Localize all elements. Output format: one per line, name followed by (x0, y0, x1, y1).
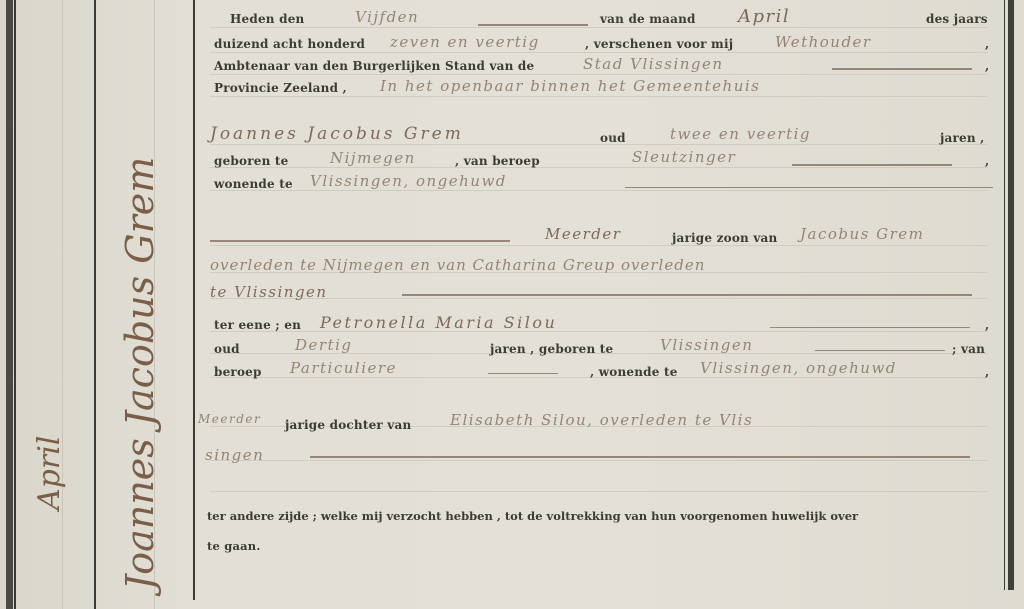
print-comma: , (985, 37, 989, 51)
print-comma: , (985, 318, 989, 332)
hand-bride-occupation: Particuliere (290, 359, 397, 377)
print-verschenen: , verschenen voor mij (585, 37, 733, 51)
right-border (1008, 0, 1014, 590)
print-duizend: duizend acht honderd (214, 37, 365, 51)
margin-divider-2 (193, 0, 195, 600)
hand-bride-status: Meerder (198, 412, 261, 426)
margin-date-note: April (32, 436, 67, 510)
hand-day: Vijfden (355, 8, 419, 26)
print-oud: oud (214, 342, 240, 356)
hand-bride-name: Petronella Maria Silou (320, 313, 557, 332)
hand-bride-birthplace: Vlissingen (660, 336, 753, 354)
right-border-inner (1004, 0, 1005, 590)
hand-bride-mother: Elisabeth Silou, overleden te Vlis (450, 411, 753, 429)
print-wonende-te: wonende te (214, 177, 293, 191)
print-des-jaars: des jaars (926, 12, 988, 26)
print-van-beroep: , van beroep (455, 154, 540, 168)
print-jaren: jaren , (940, 131, 985, 145)
print-comma: , (985, 154, 989, 168)
print-heden-den: Heden den (230, 12, 304, 26)
print-provincie: Provincie Zeeland , (214, 81, 347, 95)
hand-bride-age: Dertig (295, 336, 353, 354)
print-closing-line1: ter andere zijde ; welke mij verzocht he… (207, 509, 858, 523)
print-jarige-zoon-van: jarige zoon van (672, 231, 777, 245)
hand-bride-parents-line2: singen (205, 446, 264, 464)
document-page: April Joannes Jacobus Grem Heden den Vij… (0, 0, 1024, 609)
print-oud: oud (600, 131, 626, 145)
print-beroep: beroep (214, 365, 262, 379)
print-van: ; van (952, 342, 985, 356)
hand-city: Stad Vlissingen (583, 55, 724, 73)
hand-groom-status: Meerder (545, 225, 621, 243)
hand-official: Wethouder (775, 33, 872, 51)
hand-groom-parents-line3: te Vlissingen (210, 283, 328, 301)
print-ambtenaar: Ambtenaar van den Burgerlijken Stand van… (214, 59, 534, 73)
hand-location: In het openbaar binnen het Gemeentehuis (380, 77, 760, 95)
hand-groom-residence: Vlissingen, ongehuwd (310, 172, 507, 190)
print-closing-line2: te gaan. (207, 539, 261, 553)
left-border (6, 0, 13, 609)
margin-guide (62, 0, 63, 609)
hand-year: zeven en veertig (390, 33, 540, 51)
print-geboren-te: geboren te (214, 154, 288, 168)
hand-groom-father: Jacobus Grem (800, 225, 924, 243)
print-ter-eene: ter eene ; en (214, 318, 301, 332)
print-wonende-te: , wonende te (590, 365, 678, 379)
hand-groom-occupation: Sleutzinger (632, 148, 736, 166)
left-border-inner (14, 0, 16, 609)
hand-bride-residence: Vlissingen, ongehuwd (700, 359, 897, 377)
print-comma: , (985, 365, 989, 379)
hand-month: April (738, 6, 790, 27)
hand-groom-parents-line2: overleden te Nijmegen en van Catharina G… (210, 256, 705, 274)
print-jarige-dochter-van: jarige dochter van (285, 418, 411, 432)
print-van-de-maand: van de maand (600, 12, 696, 26)
hand-groom-age: twee en veertig (670, 125, 811, 143)
hand-groom-name: Joannes Jacobus Grem (210, 124, 464, 144)
print-comma: , (985, 59, 989, 73)
hand-groom-birthplace: Nijmegen (330, 149, 416, 167)
margin-divider-1 (94, 0, 96, 609)
margin-name-note: Joannes Jacobus Grem (118, 157, 162, 590)
print-jaren-geboren-te: jaren , geboren te (490, 342, 613, 356)
